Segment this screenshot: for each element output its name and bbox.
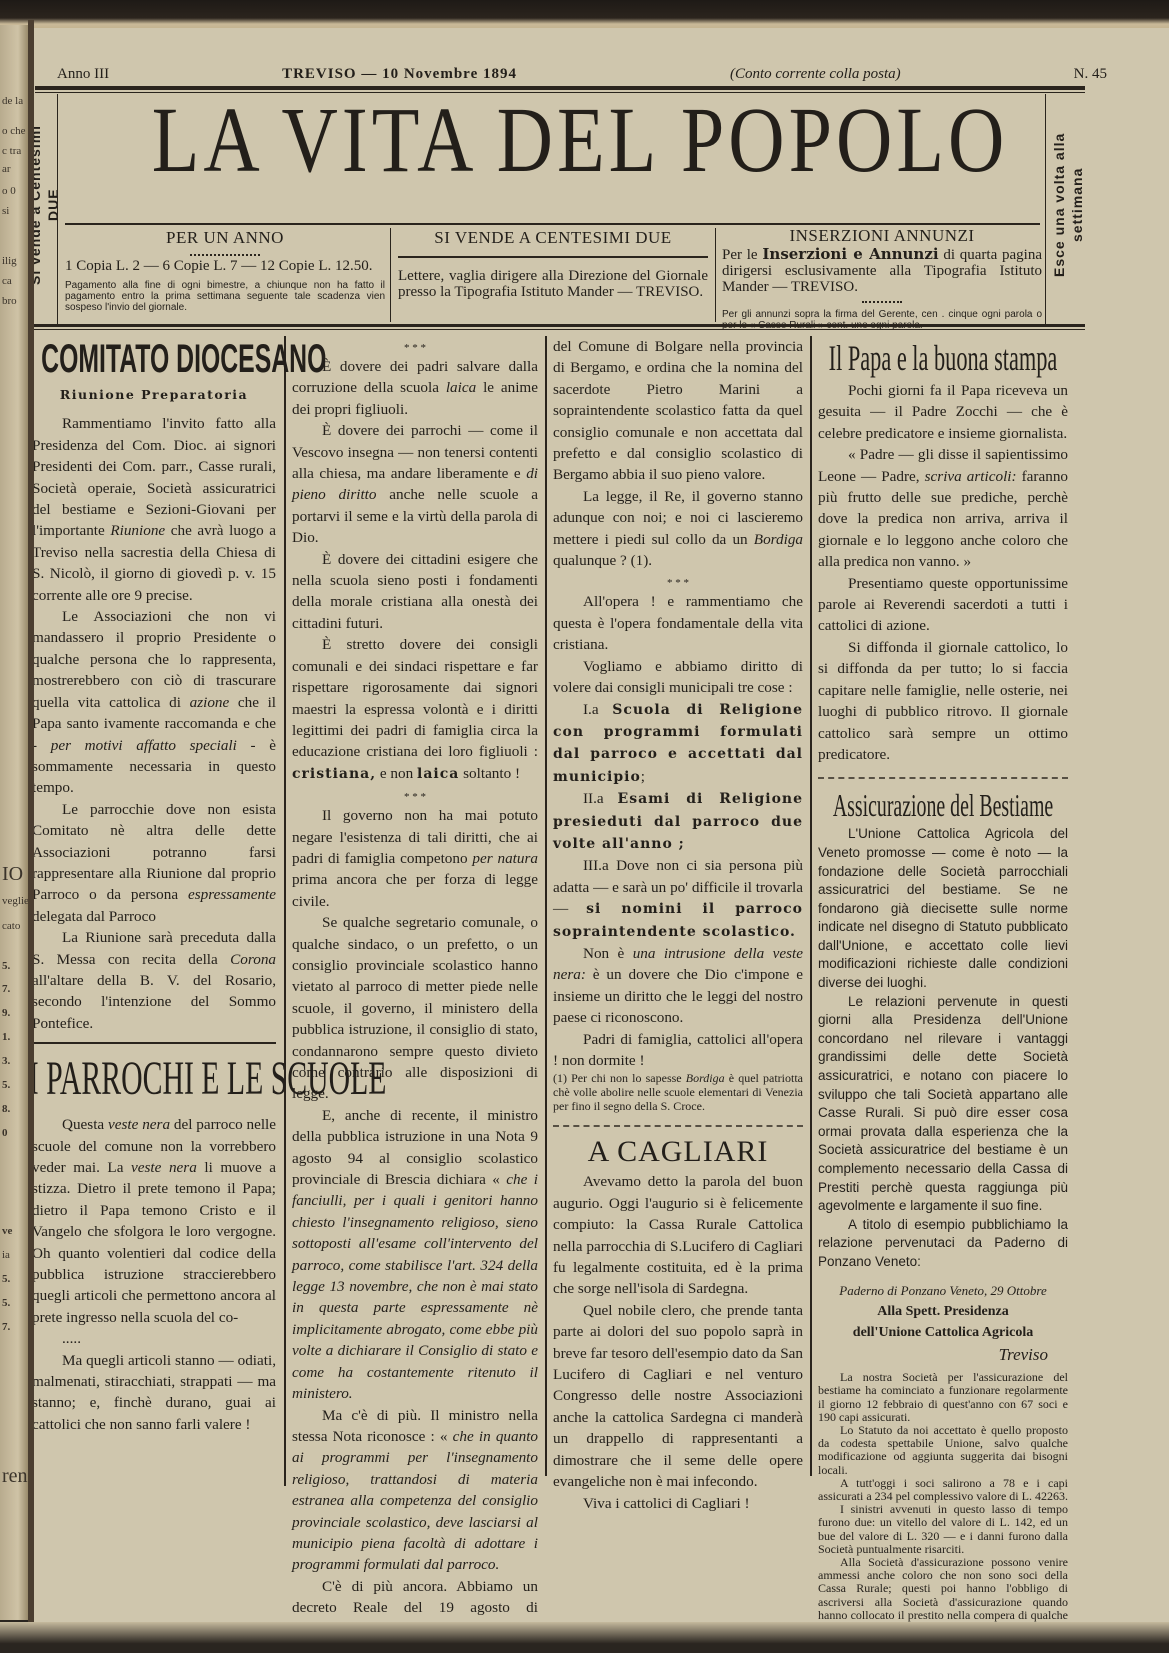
subhead-riunione: Riunione Preparatoria [32, 384, 276, 405]
paragraph: È dovere dei parrochi — come il Vescovo … [292, 420, 538, 548]
paragraph: Vogliamo e abbiamo diritto di volere dai… [553, 656, 803, 699]
place-date: TREVISO — 10 Novembre 1894 [282, 66, 517, 83]
paragraph: L'Unione Cattolica Agricola del Veneto p… [818, 825, 1068, 992]
strip-fragment: 5. [2, 1273, 28, 1285]
rule [1045, 94, 1046, 324]
strip-fragment: cato [2, 920, 28, 932]
column-rule [810, 336, 812, 1476]
paragraph: Le parrocchie dove non esista Comitato n… [32, 799, 276, 927]
strip-fragment: bro [2, 295, 28, 307]
subscription-box: PER UN ANNO 1 Copia L. 2 — 6 Copie L. 7 … [65, 228, 385, 313]
footnote: (1) Per chi non lo sapesse Bordiga è que… [553, 1071, 803, 1113]
paragraph: « Padre — gli disse il sapientissimo Leo… [818, 444, 1068, 572]
rule [715, 228, 716, 322]
paragraph: È stretto dovere dei consigli comunali e… [292, 634, 538, 785]
paragraph: È dovere dei cittadini esigere che nella… [292, 549, 538, 635]
section-stars: * * * [292, 791, 538, 803]
strip-fragment: 1. [2, 1031, 28, 1043]
strip-fragment: 9. [2, 1007, 28, 1019]
subscription-note: Pagamento alla fine di ogni bimestre, a … [65, 280, 385, 313]
paragraph: del Comune di Bolgare nella provincia di… [553, 336, 803, 486]
column-3: del Comune di Bolgare nella provincia di… [553, 336, 803, 1514]
ads-text-pre: Per le [722, 247, 758, 263]
ads-note: Per gli annunzi sopra la firma del Geren… [722, 309, 1042, 331]
rule [398, 256, 708, 258]
strip-fragment: 0 [2, 1127, 28, 1139]
section-stars: * * * [292, 342, 538, 354]
strip-fragment: o che [2, 125, 28, 137]
rule [28, 329, 1085, 330]
paragraph: Avevamo detto la parola del buon augurio… [553, 1171, 803, 1299]
strip-fragment: si [2, 205, 28, 217]
headline-cagliari: A CAGLIARI [553, 1133, 803, 1171]
rule [65, 223, 1040, 225]
letter-body: La nostra Società per l'assicurazione de… [818, 1371, 1068, 1648]
paragraph: Ma c'è di più. Il ministro nella stessa … [292, 1405, 538, 1576]
newspaper-title: LA VITA DEL POPOLO [140, 86, 1020, 194]
sale-text: Lettere, vaglia dirigere alla Direzione … [398, 268, 708, 300]
volume-label: Anno III [57, 66, 109, 83]
strip-fragment: 3. [2, 1055, 28, 1067]
demand-item-3: III.a Dove non ci sia persona più adatta… [553, 855, 803, 943]
column-rule [545, 336, 547, 1476]
rule [390, 228, 391, 322]
paragraph: A tutt'oggi i soci salirono a 78 e i cap… [818, 1477, 1068, 1503]
bestiame-article: L'Unione Cattolica Agricola del Veneto p… [818, 825, 1068, 1271]
paragraph: Si diffonda il giornale cattolico, lo si… [818, 637, 1068, 765]
strip-fragment: 8. [2, 1103, 28, 1115]
section-stars: * * * [553, 577, 803, 589]
paragraph: Il governo non ha mai potuto negare l'es… [292, 805, 538, 912]
strip-fragment: ia [2, 1249, 28, 1261]
headline-papa: Il Papa e la buona stampa [828, 336, 1057, 380]
paragraph: Lo Statuto da noi accettato è quello pro… [818, 1424, 1068, 1477]
column-rule [284, 336, 286, 1486]
letter-recipient-2: dell'Unione Cattolica Agricola [818, 1322, 1068, 1343]
ads-text: Per le Inserzioni e Annunzi di quarta pa… [722, 246, 1042, 295]
paragraph: Le Associazioni che non vi mandassero il… [32, 606, 276, 799]
paragraph: Non è una intrusione della veste nera: è… [553, 943, 803, 1029]
letter-city: Treviso [818, 1344, 1068, 1365]
dateline: Anno III TREVISO — 10 Novembre 1894 (Con… [35, 66, 1135, 83]
strip-fragment: 5. [2, 1079, 28, 1091]
strip-fragment: 7. [2, 1321, 28, 1333]
demand-item-1: I.a Scuola di Religione con programmi fo… [553, 699, 803, 789]
paragraph: Quel nobile clero, che prende tanta part… [553, 1300, 803, 1493]
paragraph: Le relazioni pervenute in questi giorni … [818, 993, 1068, 1216]
ornament [190, 248, 260, 256]
strip-fragment: 5. [2, 1297, 28, 1309]
letter-recipient-1: Alla Spett. Presidenza [818, 1301, 1068, 1322]
rule [28, 324, 1085, 327]
strip-fragment: 5. [2, 960, 28, 972]
strip-fragment: c tra [2, 145, 28, 157]
column-4: Il Papa e la buona stampa Pochi giorni f… [818, 336, 1068, 1648]
section-rule [553, 1119, 803, 1127]
paragraph: I sinistri avvenuti in questo lasso di t… [818, 1503, 1068, 1556]
paragraph: La nostra Società per l'assicurazione de… [818, 1371, 1068, 1424]
letter-place-date: Paderno di Ponzano Veneto, 29 Ottobre [818, 1280, 1068, 1301]
section-rule [32, 1042, 276, 1044]
strip-fragment: de la [2, 95, 28, 107]
subscription-prices: 1 Copia L. 2 — 6 Copie L. 7 — 12 Copie L… [65, 258, 385, 274]
strip-fragment: IO [2, 863, 28, 886]
ornament [862, 295, 902, 303]
paragraph: Padri di famiglia, cattolici all'opera !… [553, 1029, 803, 1072]
side-note-right: Esce una volta alla settimana [1050, 120, 1086, 290]
strip-fragment: ca [2, 275, 28, 287]
ads-box: INSERZIONI ANNUNZI Per le Inserzioni e A… [722, 226, 1042, 331]
paragraph: Rammentiamo l'invito fatto alla Presiden… [32, 413, 276, 606]
paragraph: A titolo di esempio pubblichiamo la rela… [818, 1216, 1068, 1272]
paragraph: La Riunione sarà preceduta dalla S. Mess… [32, 927, 276, 1034]
page-tear [28, 20, 34, 1640]
strip-fragment: veglie [2, 895, 28, 907]
paragraph: All'opera ! e rammentiamo che questa è l… [553, 591, 803, 655]
column-2: * * * È dovere dei padri salvare dalla c… [292, 336, 538, 1640]
rule [57, 94, 58, 324]
strip-fragment: reni [2, 1465, 28, 1488]
ads-text-bold: Inserzioni e Annunzi [762, 245, 938, 263]
paragraph: E, anche di recente, il ministro della p… [292, 1105, 538, 1405]
sale-box: SI VENDE A CENTESIMI DUE Lettere, vaglia… [398, 228, 708, 300]
page-bottom-edge [0, 1622, 1169, 1653]
issue-number: N. 45 [1074, 66, 1107, 83]
ellipsis: ..... [32, 1328, 276, 1349]
paragraph: Presentiamo queste opportunissime parole… [818, 573, 1068, 637]
newspaper-page: Anno III TREVISO — 10 Novembre 1894 (Con… [30, 28, 1169, 1628]
section-rule [818, 771, 1068, 779]
demand-item-2: II.a Esami di Religione presieduti dal p… [553, 788, 803, 855]
paragraph: Questa veste nera del parroco nelle scuo… [32, 1114, 276, 1328]
strip-fragment: 7. [2, 983, 28, 995]
strip-fragment: ar [2, 163, 28, 175]
paragraph: Pochi giorni fa il Papa riceveva un gesu… [818, 380, 1068, 444]
paragraph: Viva i cattolici di Cagliari ! [553, 1493, 803, 1514]
paragraph: È dovere dei padri salvare dalla corruzi… [292, 356, 538, 420]
headline-parrochi: I PARROCHI E LE SCUOLE [29, 1052, 279, 1106]
strip-fragment: ilig [2, 255, 28, 267]
strip-fragment: ve [2, 1225, 28, 1237]
column-1: COMITATO DIOCESANO Riunione Preparatoria… [32, 336, 276, 1435]
postal-account-note: (Conto corrente colla posta) [730, 66, 901, 83]
subscription-heading: PER UN ANNO [65, 228, 385, 248]
sale-heading: SI VENDE A CENTESIMI DUE [398, 228, 708, 248]
paragraph: La legge, il Re, il governo stanno adunq… [553, 486, 803, 572]
strip-fragment: o 0 [2, 185, 28, 197]
headline-bestiame: Assicurazione del Bestiame [828, 785, 1057, 825]
ads-heading: INSERZIONI ANNUNZI [722, 226, 1042, 246]
paragraph: Ma quegli articoli stanno — odiati, malm… [32, 1350, 276, 1436]
paragraph: Se qualche segretario comunale, o qualch… [292, 912, 538, 1105]
headline-comitato: COMITATO DIOCESANO [41, 336, 267, 382]
